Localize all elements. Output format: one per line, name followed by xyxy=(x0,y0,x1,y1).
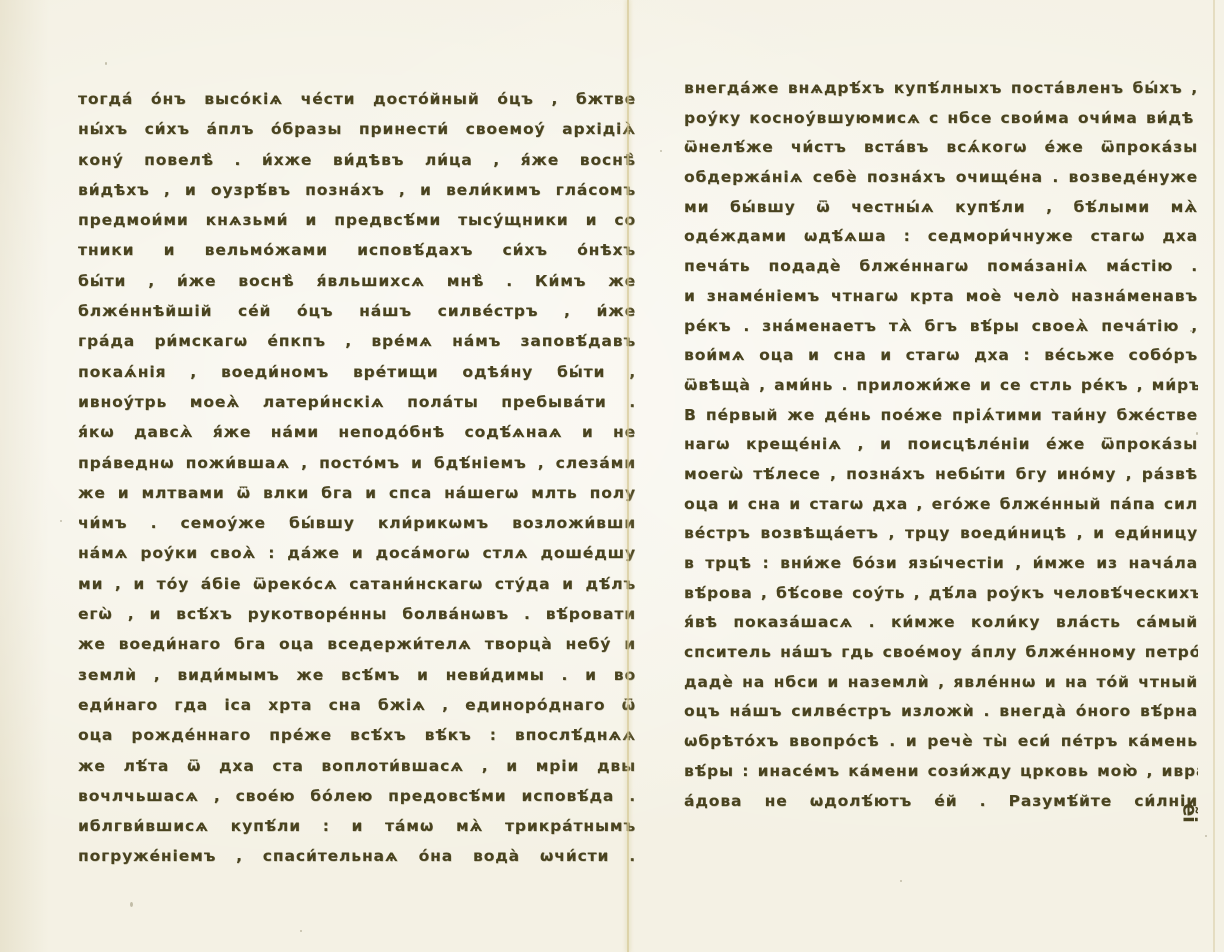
text-line: дадѐ на нбси и наземлѝ , явле́ннѡ и на т… xyxy=(684,668,1198,698)
folio-number: е̃і xyxy=(1179,803,1201,822)
text-line: в трцѣ : вни́же бо́зи язы́честіи , и́мже… xyxy=(684,549,1198,579)
text-line: ѿвѣща̀ , ами́нь . приложи́же и се стль р… xyxy=(684,371,1198,401)
text-line: спситель на́шъ гдь свое́моу а́плу блже́н… xyxy=(684,638,1198,668)
text-line: вои́мѧ оца и сна и стагѡ дха : ве́сьже с… xyxy=(684,341,1198,371)
text-line: ми бы́вшу ѿ честны́ѧ купѣ́ли , бѣ́лыми м… xyxy=(684,193,1198,223)
text-line: тники и вельмо́жами исповѣ́дахъ си́хъ о́… xyxy=(78,235,636,265)
text-line: же воеди́наго бга оца вседержи́телѧ твор… xyxy=(78,629,636,659)
text-line: еди́наго гда іса хрта сна бжіѧ , единоро… xyxy=(78,690,636,720)
text-line: ѿнелѣ́же чи́стъ вста́въ всѧ́когѡ е́же ѿп… xyxy=(684,133,1198,163)
paper-right-edge xyxy=(1213,0,1215,952)
left-page-text: тогда́ о́нъ высо́кіѧ че́сти досто́йный о… xyxy=(78,84,636,872)
paper-speck xyxy=(660,150,662,152)
text-line: ны́хъ си́хъ а́плъ о́бразы принести́ свое… xyxy=(78,114,636,144)
text-line: и знаме́ніемъ чтнагѡ крта моѐ чело̀ назн… xyxy=(684,282,1198,312)
paper-speck xyxy=(130,902,133,907)
text-line: землѝ , види́мымъ же всѣ́мъ и неви́димы … xyxy=(78,660,636,690)
text-line: моегѡ̀ тѣ́лесе , позна́хъ небы́ти бгу ин… xyxy=(684,460,1198,490)
text-line: тогда́ о́нъ высо́кіѧ че́сти досто́йный о… xyxy=(78,84,636,114)
text-line: печа́ть подадѐ блже́ннагѡ пома́заніѧ ма́… xyxy=(684,252,1198,282)
text-line: бы́ти , и́же воснѣ̀ я́вльшихсѧ мнѣ̀ . Ки… xyxy=(78,266,636,296)
text-line: оде́ждами ѡдѣ́ѧша : седмори́чнуже стагѡ … xyxy=(684,222,1198,252)
text-line: ре́къ . зна́менаетъ тѧ̀ бгъ вѣ́ры своеѧ̀… xyxy=(684,312,1198,342)
text-line: егѡ̀ , и всѣ́хъ рукотворе́нны болва́нѡвъ… xyxy=(78,599,636,629)
text-line: оцъ на́шъ силве́стръ изложѝ . внегда̀ о́… xyxy=(684,697,1198,727)
page-gutter-fold xyxy=(627,0,629,952)
book-spread: тогда́ о́нъ высо́кіѧ че́сти досто́йный о… xyxy=(0,0,1224,952)
text-line: В пе́рвый же де́нь пое́же пріѧ́тими таи́… xyxy=(684,401,1198,431)
text-line: вѣ́рова , бѣ́сове соу́ть , дѣ́ла роу́къ … xyxy=(684,579,1198,609)
text-line: вочлчьшасѧ , свое́ю бо́лею предовсѣ́ми и… xyxy=(78,781,636,811)
text-line: покаѧ́нія , воеди́номъ вре́тищи одѣя́ну … xyxy=(78,357,636,387)
text-line: кону́ повелѣ̀ . и́хже ви́дѣвъ ли́ца , я́… xyxy=(78,145,636,175)
text-line: пра́веднѡ пожи́вшаѧ , посто́мъ и бдѣ́ніе… xyxy=(78,448,636,478)
text-line: ви́дѣхъ , и оузрѣ́въ позна́хъ , и вели́к… xyxy=(78,175,636,205)
text-line: я́вѣ показа́шасѧ . ки́мже коли́ку вла́ст… xyxy=(684,608,1198,638)
paper-speck xyxy=(105,62,107,65)
text-line: я́кѡ давсѧ̀ я́же на́ми неподо́бнѣ содѣ́ѧ… xyxy=(78,417,636,447)
text-line: ми , и то́у а́біе ѿреко́сѧ сатани́нскагѡ… xyxy=(78,569,636,599)
text-line: же лѣ́та ѿ дха ста воплоти́вшасѧ , и мрі… xyxy=(78,751,636,781)
text-line: погруже́ніемъ , спаси́тельнаѧ о́на вода̀… xyxy=(78,841,636,871)
paper-speck xyxy=(60,520,62,522)
text-line: оца и сна и стагѡ дха , его́же блже́нный… xyxy=(684,490,1198,520)
text-line: оца рожде́ннаго пре́же всѣ́хъ вѣ́къ : вп… xyxy=(78,720,636,750)
text-line: чи́мъ . семоу́же бы́вшу кли́рикѡмъ возло… xyxy=(78,508,636,538)
paper-speck xyxy=(900,880,902,882)
text-line: же и млтвами ѿ влки бга и спса на́шегѡ м… xyxy=(78,478,636,508)
right-page-text: внегда́же внѧдрѣ́хъ купѣ́лныхъ поста́вле… xyxy=(684,74,1198,816)
text-line: предмои́ми кнѧзьми́ и предвсѣ́ми тысу́щн… xyxy=(78,205,636,235)
text-line: роу́ку косноу́вшуюмисѧ с нбсе свои́ма оч… xyxy=(684,104,1198,134)
paper-speck xyxy=(1205,835,1207,837)
text-line: блже́ннѣйшій се́й о́цъ на́шъ силве́стръ … xyxy=(78,296,636,326)
text-line: нагѡ креще́ніѧ , и поисцѣле́ніи е́же ѿпр… xyxy=(684,430,1198,460)
text-line: вѣ́ры : инасе́мъ ка́мени сози́жду црковь… xyxy=(684,757,1198,787)
text-line: ве́стръ возвѣща́етъ , трцу воеди́ницѣ , … xyxy=(684,519,1198,549)
paper-speck xyxy=(1190,330,1192,332)
text-line: ивноу́трь моеѧ̀ латери́нскіѧ пола́ты пре… xyxy=(78,387,636,417)
text-line: на́мѧ роу́ки своѧ̀ : да́же и доса́могѡ с… xyxy=(78,538,636,568)
text-line: ѡбрѣто́хъ ввопро́сѣ . и речѐ ты̀ еси́ пе… xyxy=(684,727,1198,757)
text-line: внегда́же внѧдрѣ́хъ купѣ́лныхъ поста́вле… xyxy=(684,74,1198,104)
text-line: иблгви́вшисѧ купѣ́ли : и та́мѡ мѧ̀ трикр… xyxy=(78,811,636,841)
text-line: гра́да ри́мскагѡ е́пкпъ , вре́мѧ на́мъ з… xyxy=(78,326,636,356)
paper-speck xyxy=(1196,432,1198,435)
paper-speck xyxy=(300,930,302,932)
text-line: обдержа́ніѧ себѐ позна́хъ очище́на . воз… xyxy=(684,163,1198,193)
text-line: а́дова не ѡдолѣ́ютъ е́й . Разумѣ́йте си́… xyxy=(684,787,1198,817)
